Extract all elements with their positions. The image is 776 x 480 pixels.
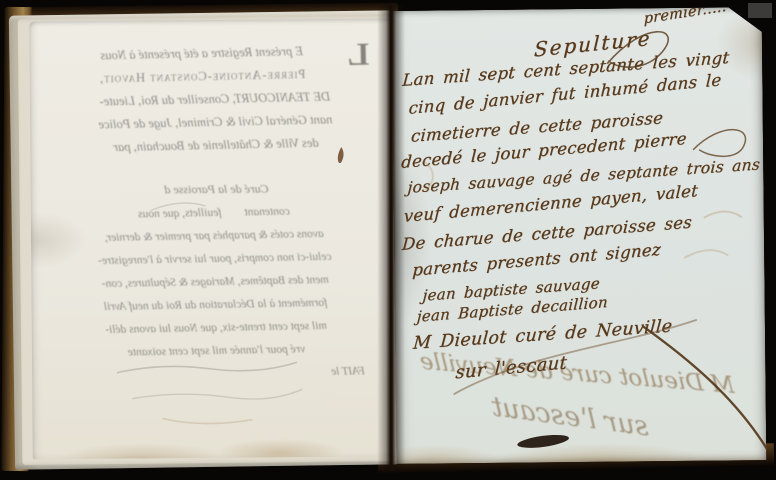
flourish-stroke: [453, 320, 698, 395]
bleed-stroke: [684, 250, 728, 258]
ink-mark: [338, 147, 344, 163]
book-scan-photo: LE présent Registre a été présenté à Nou…: [0, 0, 776, 480]
faded-stroke: [151, 203, 206, 211]
flourish-stroke: [693, 129, 746, 156]
flourish-stroke: [607, 32, 669, 68]
bleed-stroke: [704, 211, 742, 217]
faded-stain-stroke: [162, 418, 252, 424]
faded-stroke: [132, 389, 302, 400]
faded-writing-marks: [29, 19, 395, 460]
book-gutter: [377, 5, 405, 471]
flourish-sweep: [643, 325, 766, 464]
left-page: LE présent Registre a été présenté à Nou…: [29, 19, 395, 460]
bleed-stroke: [423, 161, 433, 191]
right-page: premier..... Sepulture M Dieulot curé de…: [392, 7, 767, 464]
ink-flourish-marks: [392, 7, 767, 464]
faded-stroke: [117, 362, 297, 372]
background-artifact: [748, 3, 772, 18]
ink-blot: [517, 432, 570, 450]
